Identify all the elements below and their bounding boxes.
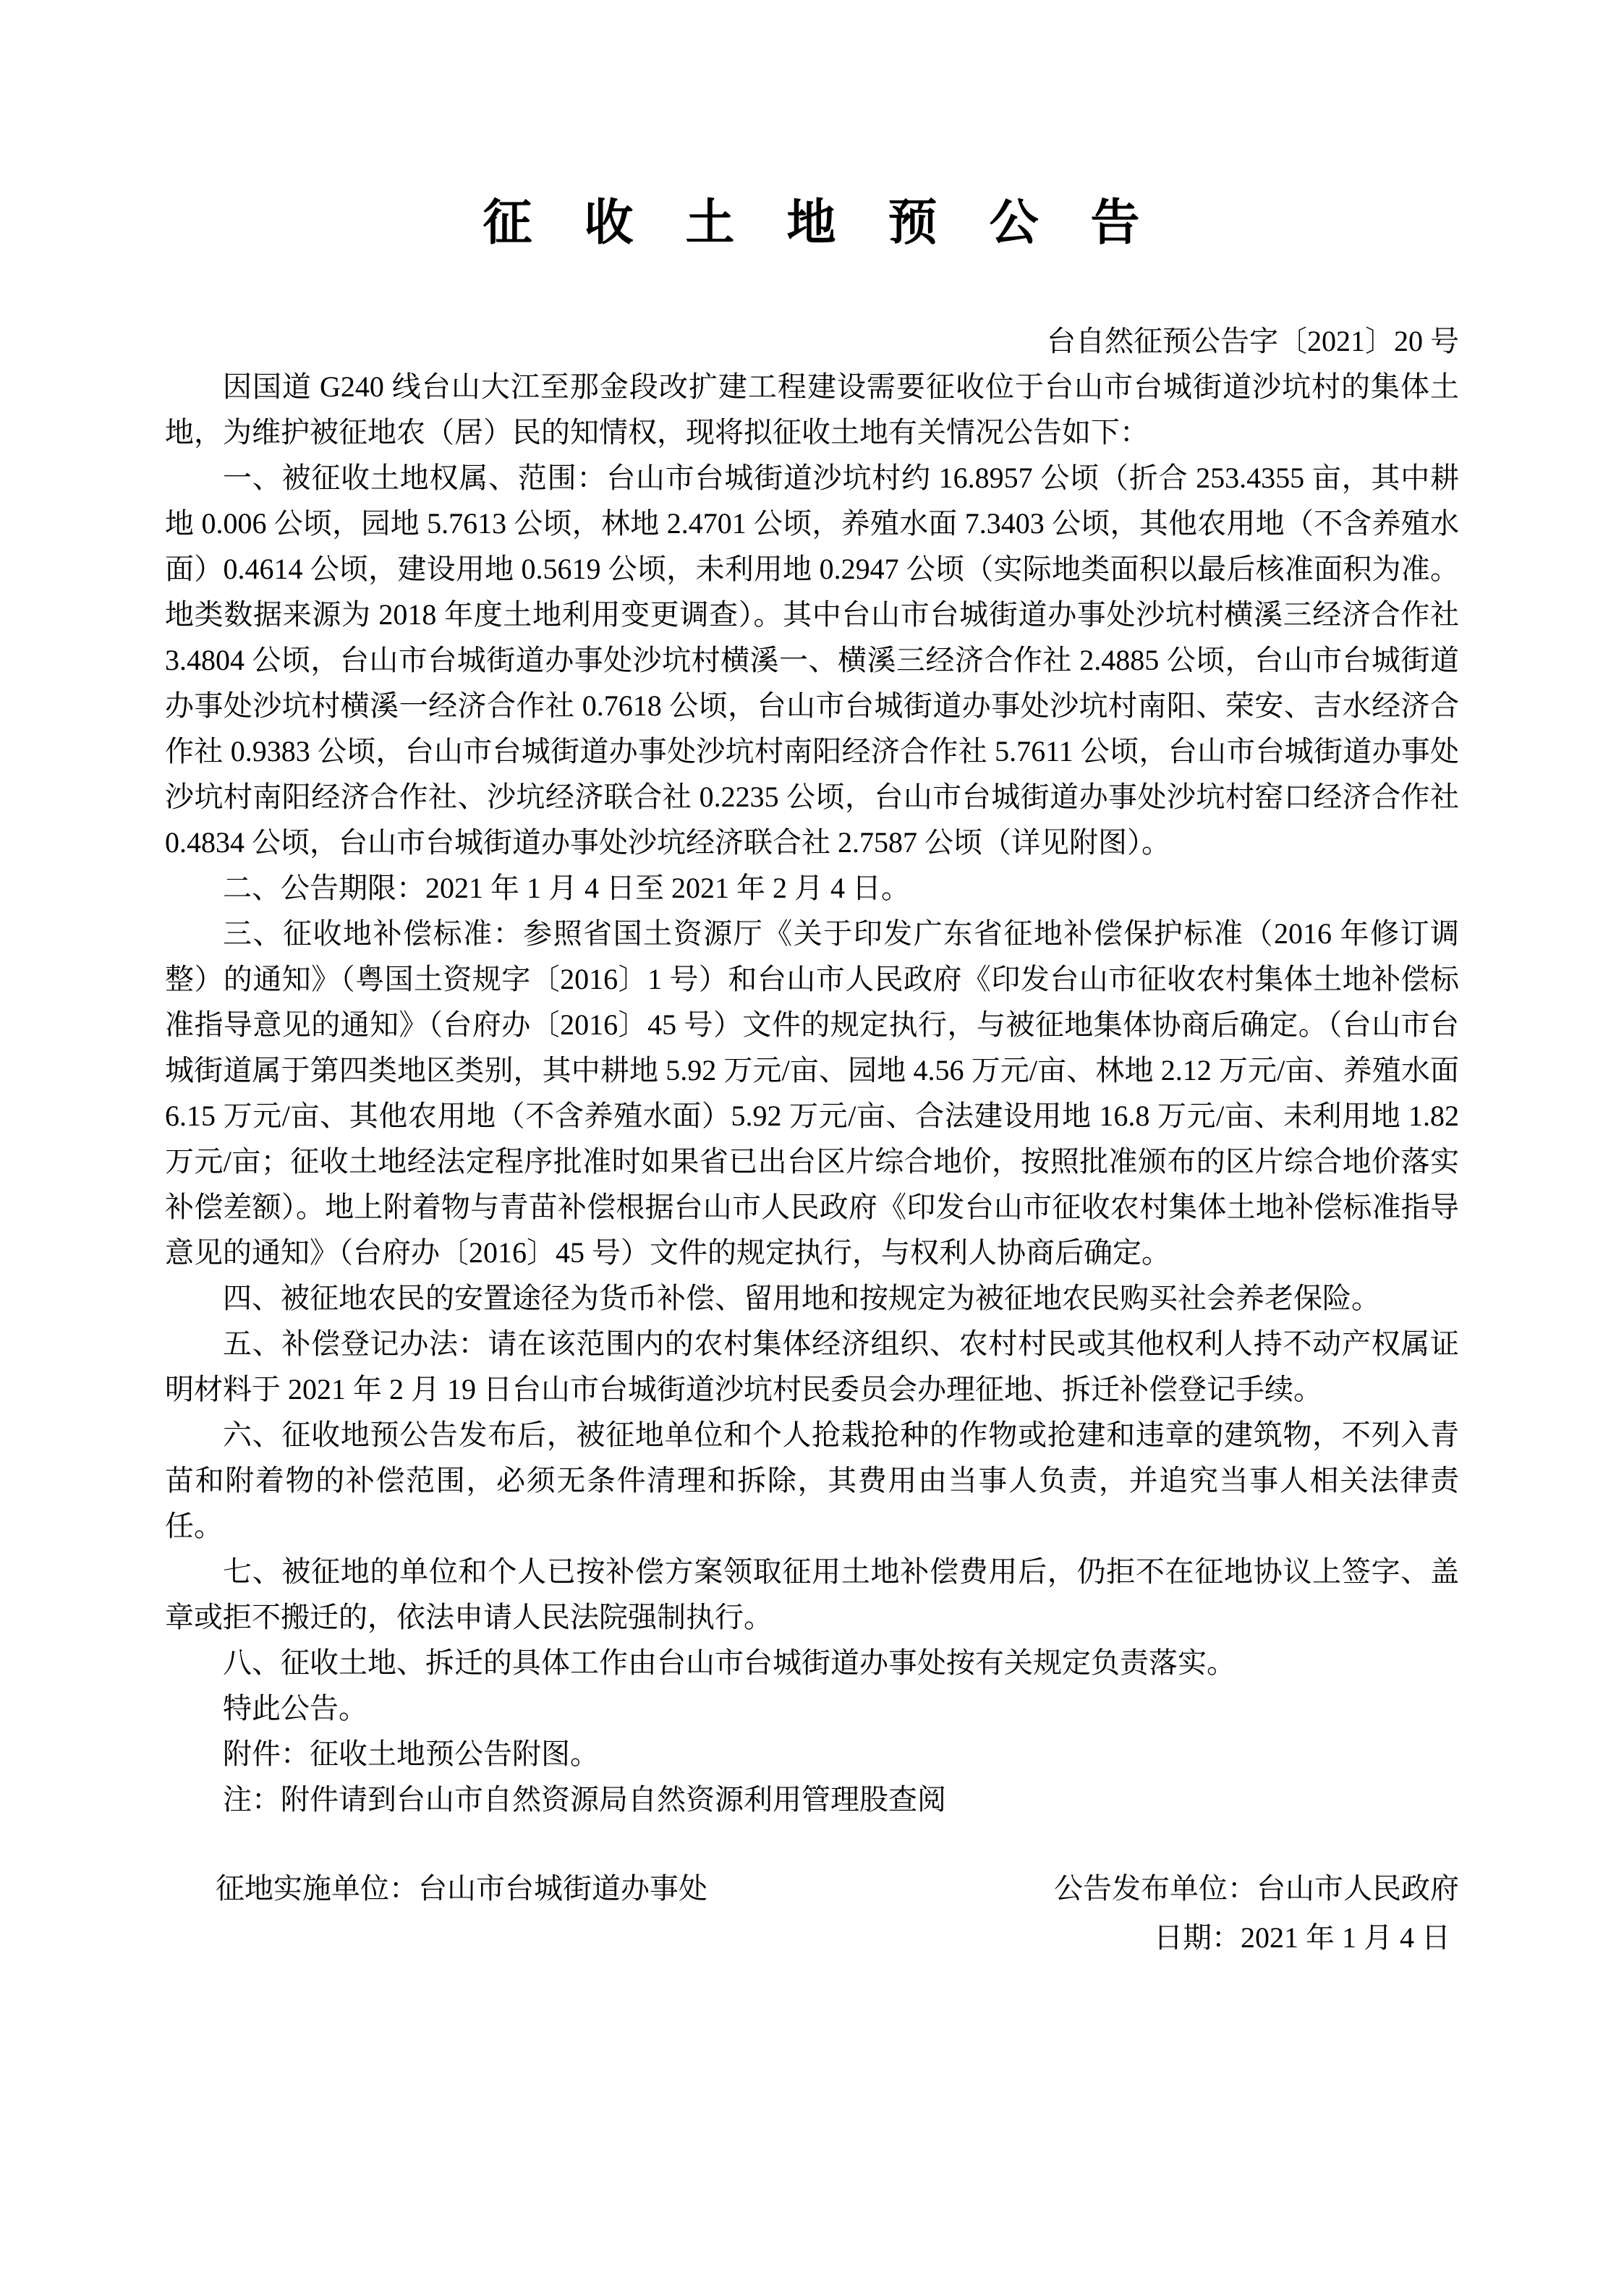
section-2-notice-period: 二、公告期限：2021 年 1 月 4 日至 2021 年 2 月 4 日。	[165, 865, 1459, 911]
attachment-line: 附件：征收土地预公告附图。	[165, 1731, 1459, 1777]
closing-statement: 特此公告。	[165, 1685, 1459, 1731]
section-8-implementation: 八、征收土地、拆迁的具体工作由台山市台城街道办事处按有关规定负责落实。	[165, 1640, 1459, 1685]
document-body: 因国道 G240 线台山大江至那金段改扩建工程建设需要征收位于台山市台城街道沙坑…	[165, 364, 1459, 1822]
document-title: 征 收 土 地 预 公 告	[165, 33, 1459, 259]
section-1-land-scope: 一、被征收土地权属、范围：台山市台城街道沙坑村约 16.8957 公顷（折合 2…	[165, 455, 1459, 865]
note-line: 注：附件请到台山市自然资源局自然资源利用管理股查阅	[165, 1777, 1459, 1822]
section-5-registration-method: 五、补偿登记办法：请在该范围内的农村集体经济组织、农村村民或其他权利人持不动产权…	[165, 1321, 1459, 1412]
announcement-publishing-unit: 公告发布单位：台山市人民政府	[1054, 1866, 1459, 1911]
section-4-resettlement: 四、被征地农民的安置途径为货币补偿、留用地和按规定为被征地农民购买社会养老保险。	[165, 1275, 1459, 1321]
section-3-compensation-standard: 三、征收地补偿标准：参照省国土资源厅《关于印发广东省征地补偿保护标准（2016 …	[165, 911, 1459, 1275]
announcement-date: 日期：2021 年 1 月 4 日	[165, 1915, 1459, 1960]
intro-paragraph: 因国道 G240 线台山大江至那金段改扩建工程建设需要征收位于台山市台城街道沙坑…	[165, 364, 1459, 455]
document-reference-number: 台自然征预公告字〔2021〕20 号	[165, 318, 1459, 364]
land-implementation-unit: 征地实施单位：台山市台城街道办事处	[216, 1866, 707, 1911]
section-7-enforcement: 七、被征地的单位和个人已按补偿方案领取征用土地补偿费用后，仍拒不在征地协议上签字…	[165, 1549, 1459, 1640]
announcement-document-page: 征 收 土 地 预 公 告 台自然征预公告字〔2021〕20 号 因国道 G24…	[0, 0, 1624, 2296]
document-footer: 征地实施单位：台山市台城街道办事处 公告发布单位：台山市人民政府 日期：2021…	[165, 1866, 1459, 1960]
footer-units-row: 征地实施单位：台山市台城街道办事处 公告发布单位：台山市人民政府	[165, 1866, 1459, 1911]
section-6-rush-planting-rule: 六、征收地预公告发布后，被征地单位和个人抢栽抢种的作物或抢建和违章的建筑物，不列…	[165, 1412, 1459, 1549]
